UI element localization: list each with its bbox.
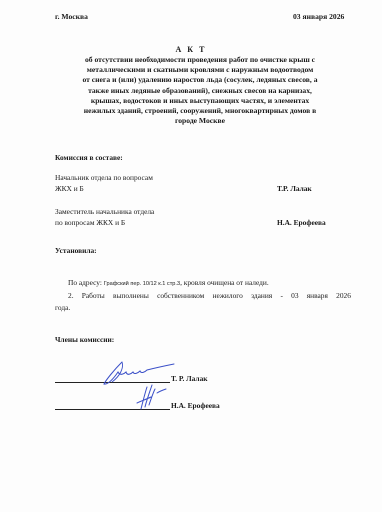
signer-name: Т. Р. Лалак bbox=[171, 374, 208, 383]
member-name: Т.Р. Лалак bbox=[277, 184, 312, 193]
commission-heading: Комиссия в составе: bbox=[55, 153, 123, 162]
finding-line: 2. Работы выполнены собственником нежило… bbox=[55, 290, 351, 302]
document-date: 03 января 2026 bbox=[293, 12, 344, 21]
finding-address: По адресу: Графский пер. 10/12 к.1 стр.3… bbox=[68, 278, 269, 287]
subject-line: городе Москве bbox=[52, 116, 348, 126]
address-value: Графский пер. 10/12 к.1 стр.3 bbox=[104, 281, 180, 287]
document-subject: об отсутствии необходимости проведения р… bbox=[52, 55, 348, 126]
member-name: Н.А. Ерофеева bbox=[277, 218, 326, 227]
finding-line: года. bbox=[55, 302, 351, 314]
address-suffix: , кровля очищена от наледи. bbox=[180, 278, 269, 287]
word: - bbox=[280, 290, 282, 302]
word: января bbox=[307, 290, 328, 302]
subject-line: об отсутствии необходимости проведения р… bbox=[52, 55, 348, 65]
position-line: по вопросам ЖКХ и Б bbox=[55, 218, 154, 229]
finding-item-2: 2. Работы выполнены собственником нежило… bbox=[55, 290, 351, 313]
subject-line: от снега и (или) удалению наростов льда … bbox=[52, 75, 348, 85]
position-line: ЖКХ и Б bbox=[55, 184, 153, 195]
signer-name: Н.А. Ерофеева bbox=[171, 401, 220, 410]
word: Работы bbox=[82, 290, 105, 302]
word: собственником bbox=[157, 290, 204, 302]
members-heading: Члены комиссии: bbox=[55, 335, 114, 344]
word: нежилого bbox=[213, 290, 243, 302]
document-page: г. Москва 03 января 2026 А К Т об отсутс… bbox=[0, 0, 382, 512]
city-label: г. Москва bbox=[55, 12, 88, 21]
subject-line: металлическими и скатными кровлями с нар… bbox=[52, 65, 348, 75]
subject-line: крышах, водостоков и иных выступающих ча… bbox=[52, 96, 348, 106]
member-position: Заместитель начальника отдела по вопроса… bbox=[55, 207, 154, 228]
address-prefix: По адресу: bbox=[68, 278, 104, 287]
findings-heading: Установила: bbox=[55, 246, 97, 255]
word: 2. bbox=[68, 290, 74, 302]
position-line: Начальник отдела по вопросам bbox=[55, 173, 153, 184]
word: здания bbox=[251, 290, 272, 302]
handwritten-signature-icon bbox=[133, 381, 167, 411]
position-line: Заместитель начальника отдела bbox=[55, 207, 154, 218]
word: 03 bbox=[291, 290, 298, 302]
document-title: А К Т bbox=[0, 45, 382, 54]
word: 2026 bbox=[336, 290, 351, 302]
subject-line: нежилых зданий, строений, сооружений, мн… bbox=[52, 106, 348, 116]
subject-line: также иных ледяные образований), снежных… bbox=[52, 86, 348, 96]
member-position: Начальник отдела по вопросам ЖКХ и Б bbox=[55, 173, 153, 194]
word: выполнены bbox=[113, 290, 149, 302]
